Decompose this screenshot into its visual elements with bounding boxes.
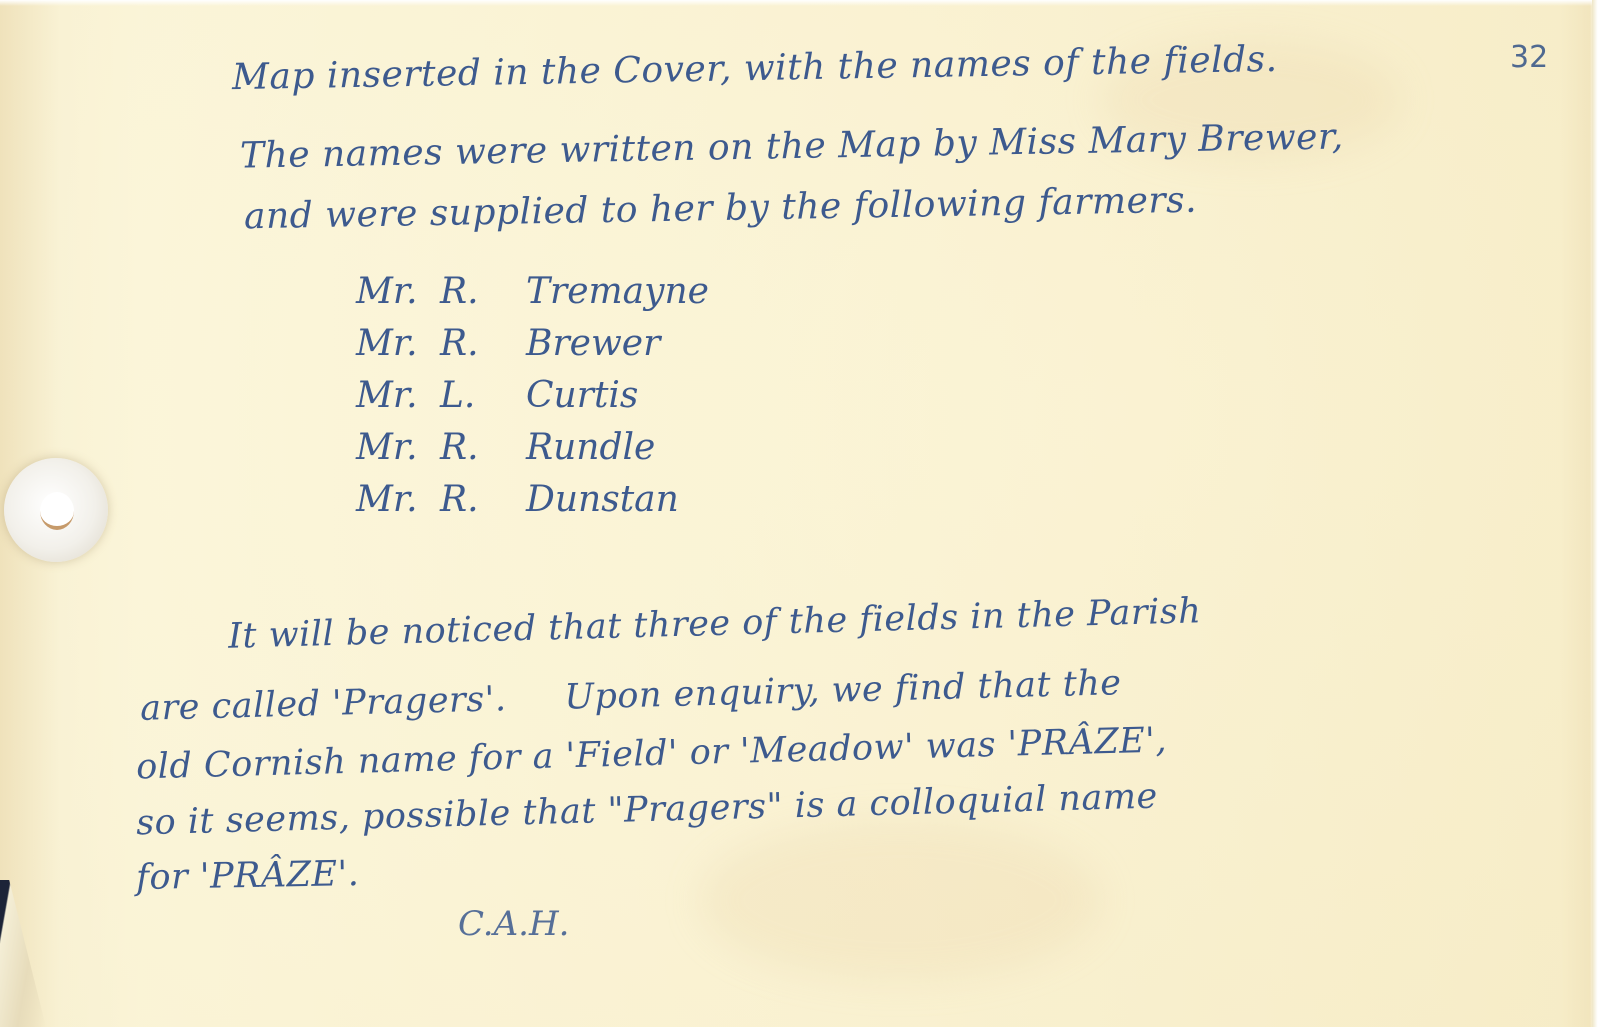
intro-line-3: and were supplied to her by the followin…: [244, 180, 1198, 238]
farmer-entry: Mr. R. Tremayne: [356, 266, 709, 318]
farmer-surname: Dunstan: [526, 474, 679, 526]
note-line-1: It will be noticed that three of the fie…: [228, 591, 1202, 656]
farmer-surname: Curtis: [526, 370, 638, 422]
farmer-surname: Brewer: [526, 318, 660, 370]
farmer-initial: R.: [440, 474, 526, 526]
document-page: 32 Map inserted in the Cover, with the n…: [0, 0, 1600, 1027]
farmer-initial: R.: [440, 318, 526, 370]
farmer-title: Mr.: [356, 474, 440, 526]
paper-right-edge: [1592, 0, 1600, 1027]
note-line-3: old Cornish name for a 'Field' or 'Meado…: [136, 721, 1168, 788]
farmer-title: Mr.: [356, 318, 440, 370]
page-number: 32: [1510, 40, 1548, 75]
farmer-entry: Mr. R. Brewer: [356, 318, 709, 370]
farmer-initial: L.: [440, 370, 526, 422]
farmer-surname: Tremayne: [526, 266, 709, 318]
signature-initials: C.A.H.: [458, 904, 569, 944]
page-curl: [0, 880, 46, 1027]
farmer-title: Mr.: [356, 370, 440, 422]
farmer-entry: Mr. R. Rundle: [356, 422, 709, 474]
note-line-2: are called 'Pragers'. Upon enquiry, we f…: [140, 663, 1122, 729]
farmer-entry: Mr. L. Curtis: [356, 370, 709, 422]
farmer-title: Mr.: [356, 266, 440, 318]
grommet-hole: [40, 492, 74, 530]
farmers-list: Mr. R. Tremayne Mr. R. Brewer Mr. L. Cur…: [356, 266, 709, 526]
farmer-initial: R.: [440, 422, 526, 474]
farmer-entry: Mr. R. Dunstan: [356, 474, 709, 526]
binding-grommet-icon: [4, 458, 108, 562]
farmer-title: Mr.: [356, 422, 440, 474]
farmer-initial: R.: [440, 266, 526, 318]
intro-line-2: The names were written on the Map by Mis…: [240, 116, 1344, 176]
note-line-5: for 'PRÂZE'.: [136, 854, 360, 898]
farmer-surname: Rundle: [526, 422, 655, 474]
paper-top-edge: [0, 0, 1600, 6]
paper-stain: [700, 820, 1100, 980]
